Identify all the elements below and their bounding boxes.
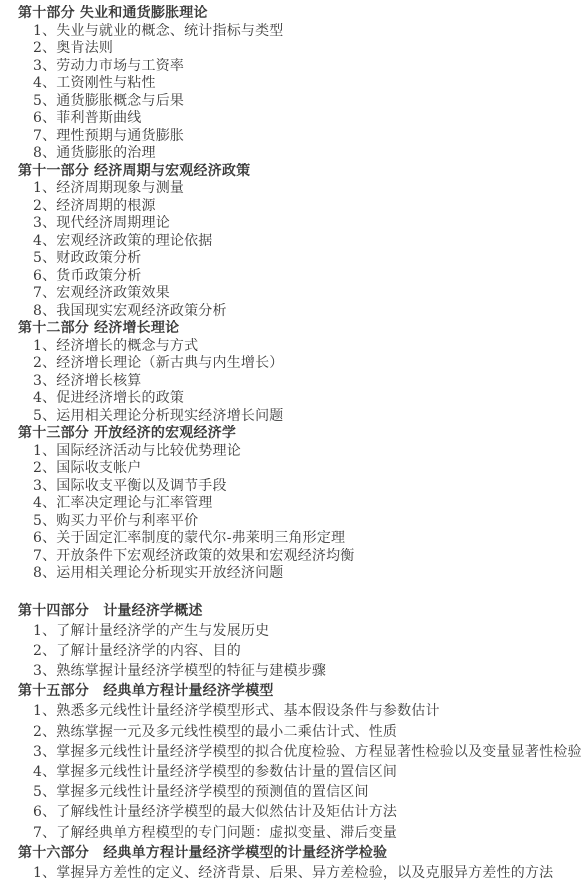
- section-title: 第十五部分 经典单方程计量经济学模型: [0, 681, 586, 701]
- outline-item: 7、宏观经济政策效果: [0, 285, 586, 303]
- outline-item: 3、国际收支平衡以及调节手段: [0, 478, 586, 496]
- outline-item: 4、工资刚性与粘性: [0, 75, 586, 93]
- outline-item: 4、掌握多元线性计量经济学模型的参数估计量的置信区间: [0, 762, 586, 782]
- outline-item: 6、货币政策分析: [0, 268, 586, 286]
- section: 第十四部分 计量经济学概述1、了解计量经济学的产生与发展历史2、了解计量经济学的…: [0, 601, 586, 682]
- outline-item: 2、了解计量经济学的内容、目的: [0, 641, 586, 661]
- outline-item: 1、熟悉多元线性计量经济学模型形式、基本假设条件与参数估计: [0, 701, 586, 721]
- section-title: 第十三部分 开放经济的宏观经济学: [0, 425, 586, 443]
- outline-item: 3、掌握多元线性计量经济学模型的拟合优度检验、方程显著性检验以及变量显著性检验: [0, 742, 586, 762]
- outline-item: 7、了解经典单方程模型的专门问题：虚拟变量、滞后变量: [0, 823, 586, 843]
- section: 第十三部分 开放经济的宏观经济学1、国际经济活动与比较优势理论2、国际收支帐户3…: [0, 425, 586, 583]
- outline-item: 4、宏观经济政策的理论依据: [0, 233, 586, 251]
- outline-item: 3、劳动力市场与工资率: [0, 58, 586, 76]
- outline-item: 2、经济增长理论（新古典与内生增长）: [0, 355, 586, 373]
- outline-item: 7、理性预期与通货膨胀: [0, 128, 586, 146]
- outline-item: 1、了解计量经济学的产生与发展历史: [0, 621, 586, 641]
- outline-item: 1、经济增长的概念与方式: [0, 338, 586, 356]
- section: 第十六部分 经典单方程计量经济学模型的计量经济学检验1、掌握异方差性的定义、经济…: [0, 843, 586, 881]
- outline-item: 7、开放条件下宏观经济政策的效果和宏观经济均衡: [0, 548, 586, 566]
- outline-item: 4、促进经济增长的政策: [0, 390, 586, 408]
- outline-item: 3、熟练掌握计量经济学模型的特征与建模步骤: [0, 661, 586, 681]
- outline-item: 2、熟练掌握一元及多元线性模型的最小二乘估计式、性质: [0, 722, 586, 742]
- outline-item: 5、掌握多元线性计量经济学模型的预测值的置信区间: [0, 782, 586, 802]
- outline-item: 6、菲利普斯曲线: [0, 110, 586, 128]
- outline-item: 2、经济周期的根源: [0, 198, 586, 216]
- outline-item: 5、通货膨胀概念与后果: [0, 93, 586, 111]
- outline-item: 2、奥肯法则: [0, 40, 586, 58]
- outline-item: 3、经济增长核算: [0, 373, 586, 391]
- outline-item: 1、失业与就业的概念、统计指标与类型: [0, 23, 586, 41]
- outline-item: 1、经济周期现象与测量: [0, 180, 586, 198]
- outline-item: 1、掌握异方差性的定义、经济背景、后果、异方差检验，以及克服异方差性的方法: [0, 863, 586, 881]
- outline-item: 6、关于固定汇率制度的蒙代尔-弗莱明三角形定理: [0, 530, 586, 548]
- outline-item: 2、国际收支帐户: [0, 460, 586, 478]
- outline-item: 4、汇率决定理论与汇率管理: [0, 495, 586, 513]
- section-title: 第十六部分 经典单方程计量经济学模型的计量经济学检验: [0, 843, 586, 863]
- section-title: 第十部分 失业和通货膨胀理论: [0, 5, 586, 23]
- section-title: 第十一部分 经济周期与宏观经济政策: [0, 163, 586, 181]
- outline-item: 5、运用相关理论分析现实经济增长问题: [0, 408, 586, 426]
- section-title: 第十四部分 计量经济学概述: [0, 601, 586, 621]
- outline-item: 8、通货膨胀的治理: [0, 145, 586, 163]
- section: 第十一部分 经济周期与宏观经济政策1、经济周期现象与测量2、经济周期的根源3、现…: [0, 163, 586, 321]
- document-page: 第十部分 失业和通货膨胀理论1、失业与就业的概念、统计指标与类型2、奥肯法则3、…: [0, 0, 586, 881]
- section: 第十五部分 经典单方程计量经济学模型1、熟悉多元线性计量经济学模型形式、基本假设…: [0, 681, 586, 843]
- outline-item: 8、我国现实宏观经济政策分析: [0, 303, 586, 321]
- outline-item: 5、购买力平价与利率平价: [0, 513, 586, 531]
- outline-item: 3、现代经济周期理论: [0, 215, 586, 233]
- outline-item: 8、运用相关理论分析现实开放经济问题: [0, 565, 586, 583]
- section: 第十二部分 经济增长理论1、经济增长的概念与方式2、经济增长理论（新古典与内生增…: [0, 320, 586, 425]
- outline-item: 5、财政政策分析: [0, 250, 586, 268]
- section-title: 第十二部分 经济增长理论: [0, 320, 586, 338]
- outline-item: 1、国际经济活动与比较优势理论: [0, 443, 586, 461]
- outline-item: 6、了解线性计量经济学模型的最大似然估计及矩估计方法: [0, 802, 586, 822]
- section: 第十部分 失业和通货膨胀理论1、失业与就业的概念、统计指标与类型2、奥肯法则3、…: [0, 5, 586, 163]
